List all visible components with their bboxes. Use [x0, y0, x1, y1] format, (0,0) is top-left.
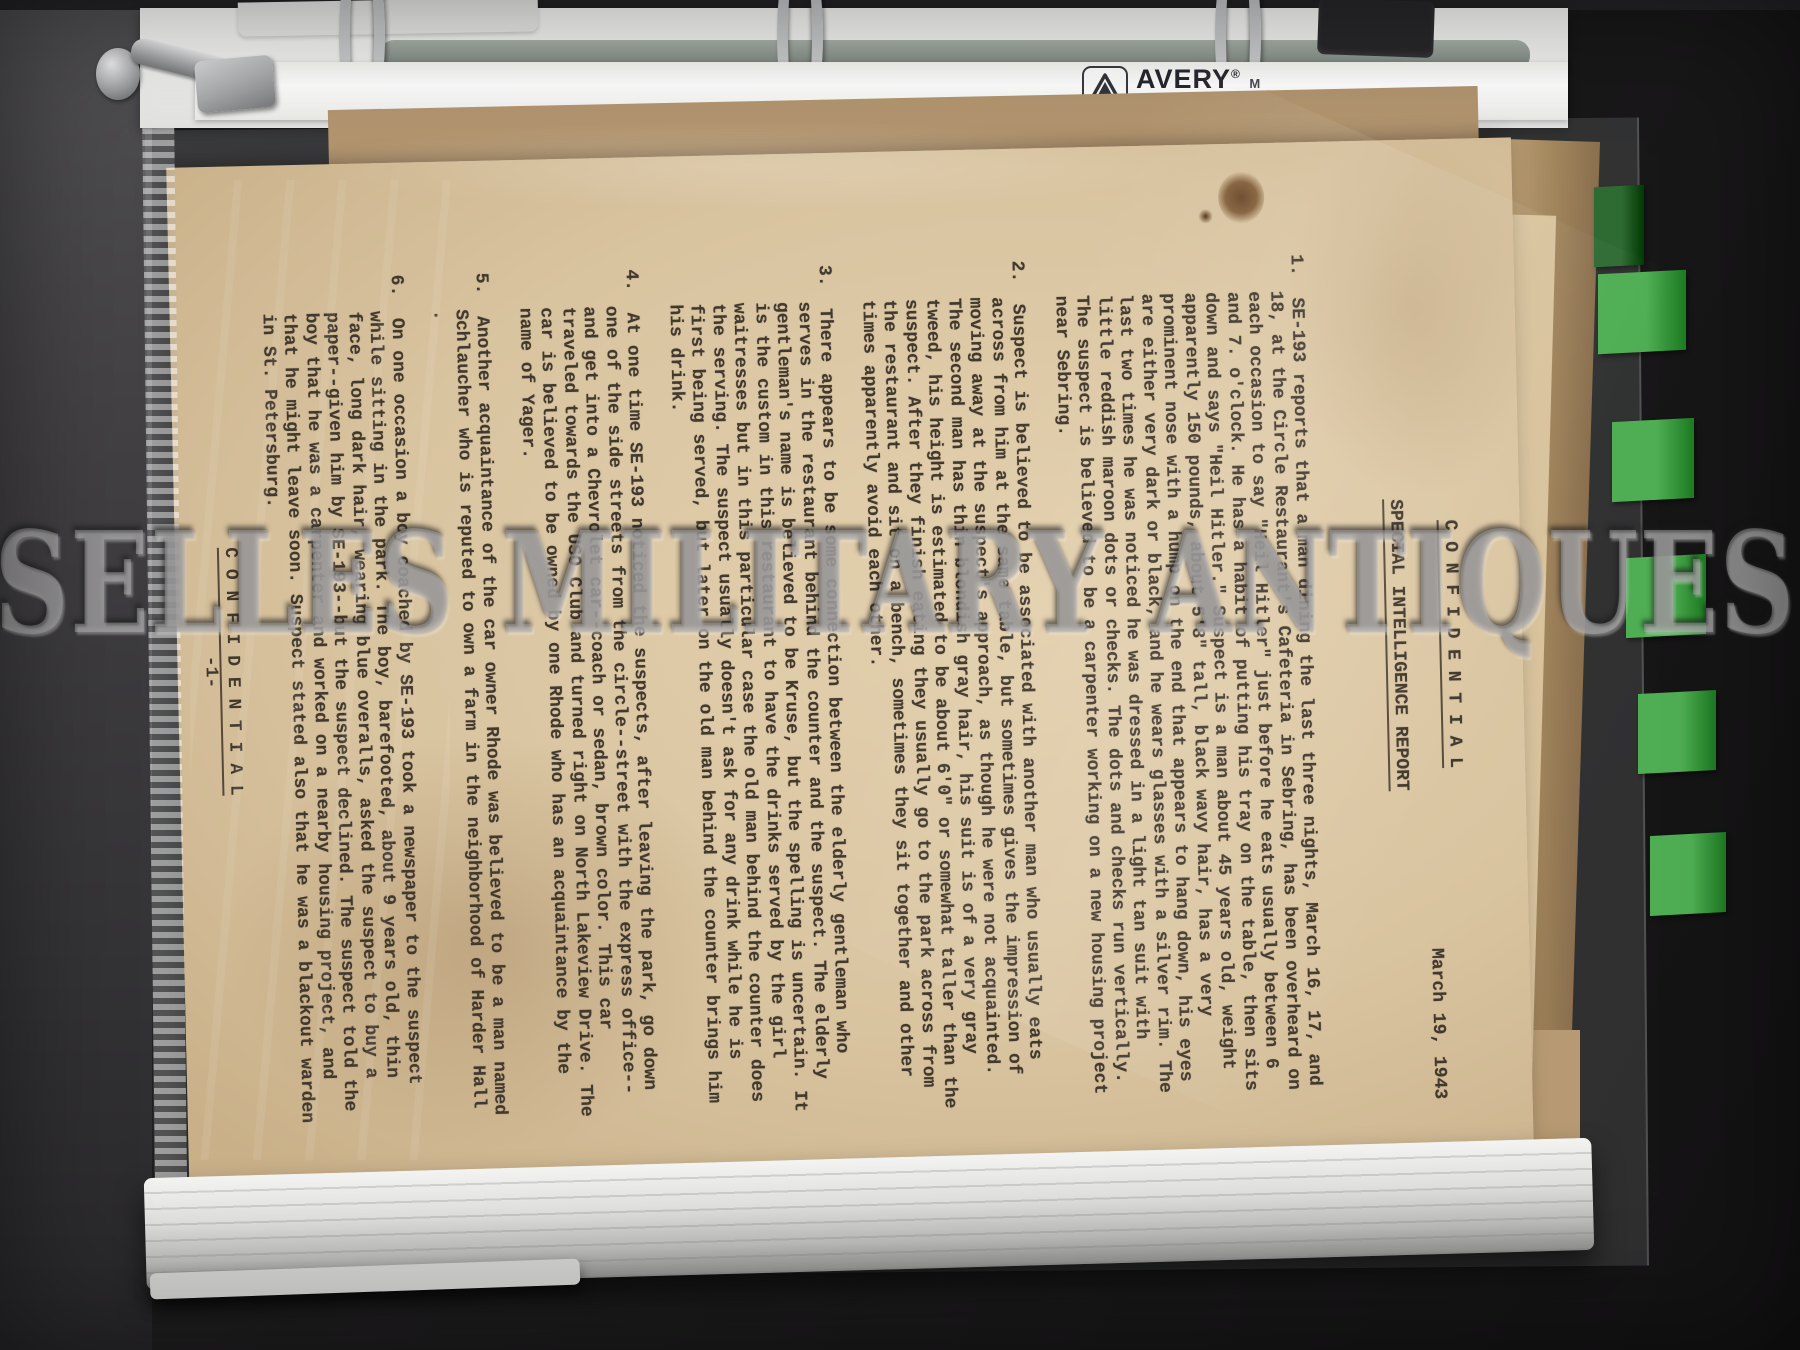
plastic-wrinkle-glare	[190, 180, 450, 1160]
ring-lever-bracket	[194, 55, 276, 114]
report-paragraph: 4. At one time SE-193 noticed the suspec…	[513, 305, 660, 1120]
plastic-glare	[300, 120, 1200, 210]
photo-scene: AVERY® M PV119 C O N F I D E N T I A L M…	[0, 0, 1800, 1350]
index-tab	[1612, 418, 1694, 502]
index-tab	[1650, 832, 1726, 916]
report-paragraph: 3. There appears to be some connection b…	[663, 301, 853, 1117]
sleeve-top-flap	[238, 0, 539, 37]
binder-clamp	[1317, 0, 1435, 58]
watermark: SELLES MILITARY ANTIQUES	[0, 500, 1778, 665]
index-tab	[1638, 690, 1716, 774]
gray-backdrop	[0, 0, 152, 1350]
